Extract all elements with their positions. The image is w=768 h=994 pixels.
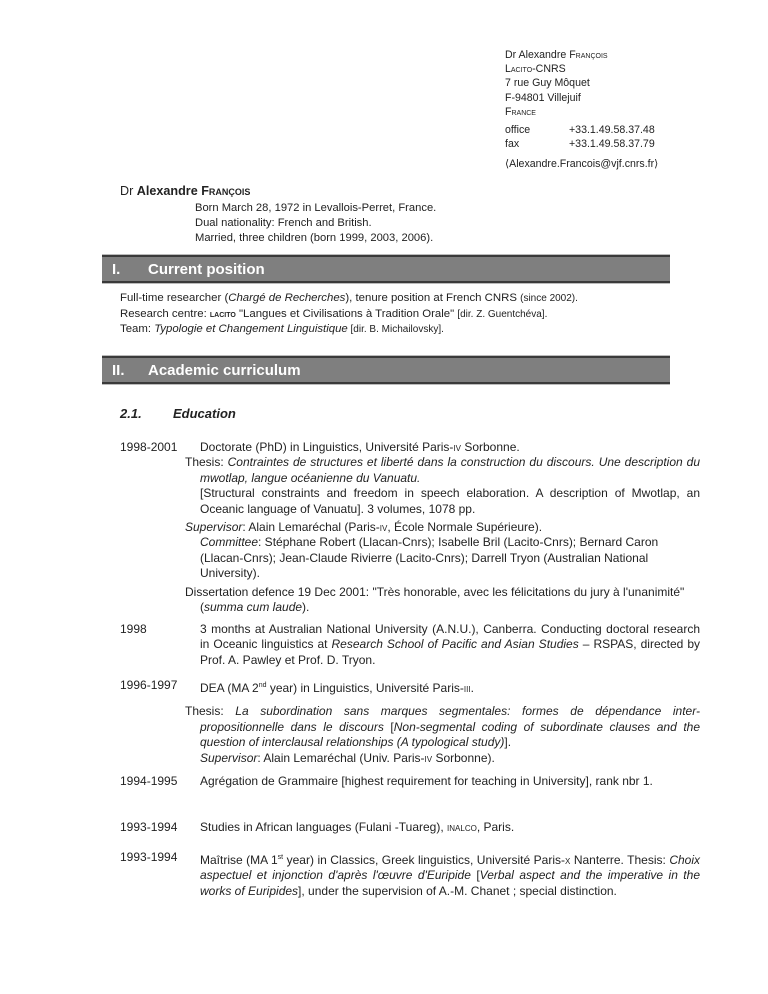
email-link[interactable]: ⟨Alexandre.Francois@vjf.cnrs.fr⟩ xyxy=(505,157,658,171)
office-phone: office+33.1.49.58.37.48 xyxy=(505,123,658,137)
subsection-education: 2.1.Education xyxy=(120,406,236,421)
address-street: 7 rue Guy Môquet xyxy=(505,76,658,90)
nationality-info: Dual nationality: French and British. xyxy=(195,216,436,231)
education-entry-african-languages: 1993-1994 Studies in African languages (… xyxy=(120,820,700,835)
education-entry-agregation: 1994-1995 Agrégation de Grammaire [highe… xyxy=(120,774,700,789)
birth-info: Born March 28, 1972 in Levallois-Perret,… xyxy=(195,201,436,216)
family-info: Married, three children (born 1999, 2003… xyxy=(195,231,436,246)
education-entry-dea: 1996-1997 DEA (MA 2nd year) in Linguisti… xyxy=(120,678,700,766)
section-header-academic-curriculum: II.Academic curriculum xyxy=(102,356,670,384)
education-entry-maitrise: 1993-1994 Maîtrise (MA 1st year) in Clas… xyxy=(120,850,700,899)
personal-info: Born March 28, 1972 in Levallois-Perret,… xyxy=(195,201,436,247)
address-country: France xyxy=(505,105,658,119)
education-entry-anu: 1998 3 months at Australian National Uni… xyxy=(120,622,700,668)
section-header-current-position: I.Current position xyxy=(102,255,670,283)
address-block: Dr Alexandre François Lacito-CNRS 7 rue … xyxy=(505,48,658,172)
address-org: Lacito-CNRS xyxy=(505,62,658,76)
fax-number: fax+33.1.49.58.37.79 xyxy=(505,137,658,151)
address-name: Dr Alexandre François xyxy=(505,48,658,62)
cv-name: Dr Alexandre François xyxy=(120,184,250,198)
current-position-text: Full-time researcher (Chargé de Recherch… xyxy=(120,291,578,338)
education-entry-phd: 1998-2001 Doctorate (PhD) in Linguistics… xyxy=(120,440,700,615)
address-city: F-94801 Villejuif xyxy=(505,91,658,105)
